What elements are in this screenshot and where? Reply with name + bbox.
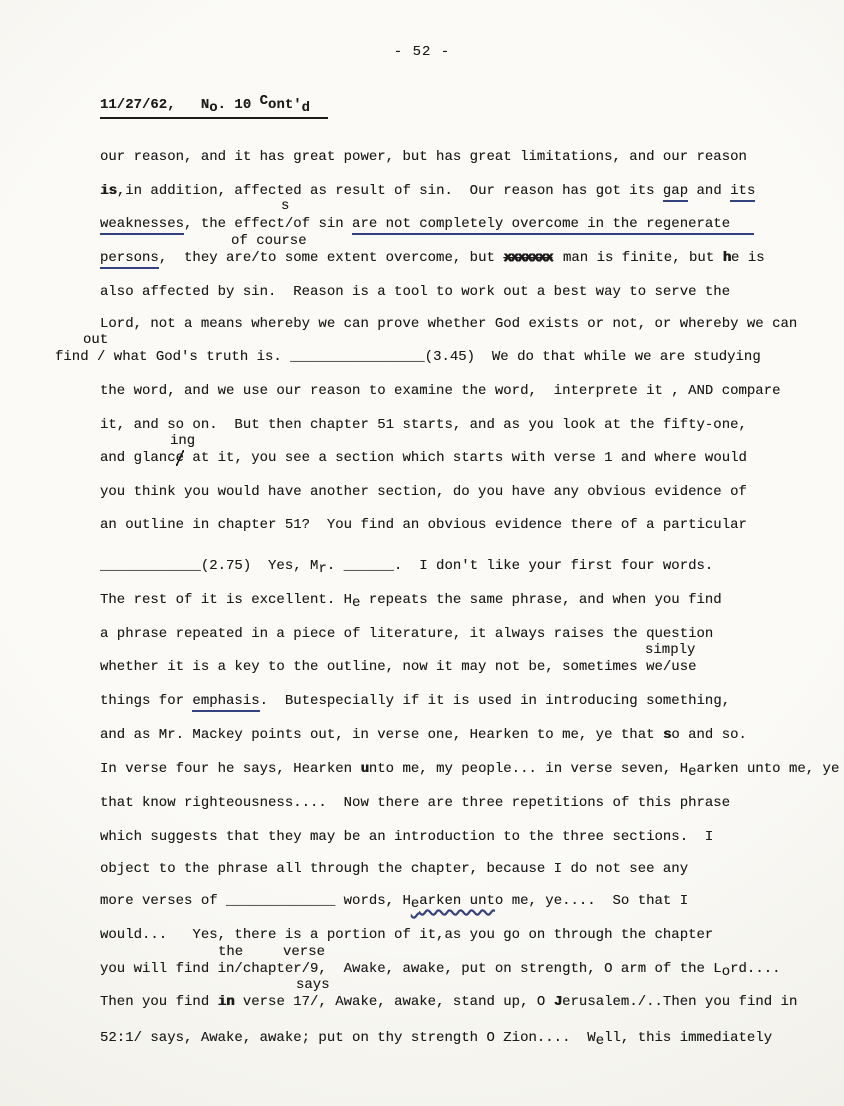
text-line: the word, and we use our reason to exami…: [100, 382, 781, 400]
text-segment: more verses of _____________ words, H: [100, 893, 411, 909]
text-line: which suggests that they may be an intro…: [100, 828, 713, 846]
text-line: that know righteousness.... Now there ar…: [100, 794, 730, 812]
text-segment: and as Mr. Mackey points out, in verse o…: [100, 727, 663, 743]
text-segment: e: [596, 1033, 604, 1049]
text-segment: C: [260, 93, 268, 109]
pen-underlined-text: its: [730, 183, 755, 202]
text-segment: (3.45) We do that while we are studying: [425, 349, 761, 365]
text-segment: o and so.: [671, 727, 747, 743]
text-line: would... Yes, there is a portion of it,a…: [100, 926, 713, 944]
pen-underlined-text: persons: [100, 250, 159, 269]
text-segment: object to the phrase all through the cha…: [100, 861, 688, 877]
text-segment: things for: [100, 693, 192, 709]
text-segment: In verse four he says, Hearken: [100, 761, 360, 777]
typed-insertion: verse: [283, 944, 325, 960]
text-segment: Then you find: [100, 994, 218, 1010]
text-segment: in: [218, 994, 235, 1010]
text-segment: rd....: [730, 961, 780, 977]
text-line: a phrase repeated in a piece of literatu…: [100, 625, 713, 643]
text-segment: erusalem./..Then you find in: [562, 994, 797, 1010]
text-segment: . ______. I don't like your first four w…: [327, 558, 713, 574]
text-segment: e: [411, 896, 419, 912]
text-segment: ll, this immediately: [604, 1030, 772, 1046]
text-segment: , they are/to some extent overcome, but: [159, 250, 503, 266]
text-line: whether it is a key to the outline, now …: [100, 658, 697, 676]
text-line: weaknesses, the effect/of sin are not co…: [100, 215, 754, 233]
text-line: In verse four he says, Hearken unto me, …: [100, 760, 839, 778]
typed-insertion: out: [83, 332, 108, 348]
text-segment: nto me, my people... in verse seven, H: [369, 761, 688, 777]
text-segment: which suggests that they may be an intro…: [100, 829, 713, 845]
text-segment: e is: [731, 250, 765, 266]
text-segment: and glanc: [100, 450, 176, 466]
text-segment: The rest of it is excellent. H: [100, 592, 352, 608]
text-segment: u: [360, 761, 368, 777]
text-segment: a phrase repeated in a piece of literatu…: [100, 626, 713, 642]
text-segment: , the effect/of sin: [184, 216, 352, 232]
typed-insertion: ing: [170, 433, 195, 449]
text-segment: would... Yes, there is a portion of it,a…: [100, 927, 713, 943]
text-segment: verse 17/, Awake, awake, stand up, O: [234, 994, 553, 1010]
text-line: ____________(2.75) Yes, Mr. ______. I do…: [100, 557, 713, 575]
text-segment: you think you would have another section…: [100, 484, 747, 500]
pen-underlined-text: emphasis: [192, 693, 259, 712]
text-segment: ____________(2.75) Yes, M: [100, 558, 318, 574]
text-line: an outline in chapter 51? You find an ob…: [100, 516, 747, 534]
text-line: things for emphasis. Butespecially if it…: [100, 692, 730, 710]
text-segment: and: [688, 183, 730, 199]
text-segment: man is finite, but: [555, 250, 723, 266]
pen-underlined-text: gap: [663, 183, 688, 202]
text-segment: o me, ye.... So that I: [495, 893, 688, 909]
text-segment: ________________: [290, 349, 424, 365]
text-segment: the word, and we use our reason to exami…: [100, 383, 781, 399]
text-segment: it, and so on. But then chapter 51 start…: [100, 417, 747, 433]
text-line: Lord, not a means whereby we can prove w…: [100, 315, 797, 333]
text-segment: arken unt: [419, 893, 495, 909]
text-segment: o: [209, 100, 217, 116]
text-line: and as Mr. Mackey points out, in verse o…: [100, 726, 747, 744]
text-segment: whether it is a key to the outline, now …: [100, 659, 697, 675]
text-line: find / what God's truth is. ____________…: [55, 348, 761, 366]
text-segment: e: [688, 764, 696, 780]
text-segment: r: [318, 561, 326, 577]
document-page: - 52 - 11/27/62, No. 10 Cont'd our reaso…: [0, 0, 844, 1106]
text-segment: ,in addition, affected as result of sin.…: [117, 183, 663, 199]
text-segment: is: [100, 183, 117, 199]
section-heading: 11/27/62, No. 10 Cont'd: [100, 96, 328, 119]
typed-insertion: says: [296, 977, 330, 993]
text-segment: arken unto me, ye: [697, 761, 840, 777]
text-line: it, and so on. But then chapter 51 start…: [100, 416, 747, 434]
text-segment: also affected by sin. Reason is a tool t…: [100, 284, 730, 300]
pen-underlined-text: are not completely overcome in the regen…: [352, 216, 754, 235]
text-line: is,in addition, affected as result of si…: [100, 182, 755, 200]
text-line: you will find in/chapter/9, Awake, awake…: [100, 960, 781, 978]
text-segment: . Butespecially if it is used in introdu…: [260, 693, 730, 709]
page-number: - 52 -: [0, 44, 844, 60]
text-line: 52:1/ says, Awake, awake; put on thy str…: [100, 1029, 772, 1047]
text-segment: h: [723, 250, 731, 266]
text-line: also affected by sin. Reason is a tool t…: [100, 283, 730, 301]
text-segment: d: [302, 100, 310, 116]
text-line: and glance at it, you see a section whic…: [100, 449, 747, 467]
text-segment: 11/27/62, N: [100, 97, 209, 113]
text-line: you think you would have another section…: [100, 483, 747, 501]
text-segment: you will find in/chapter/9, Awake, awake…: [100, 961, 722, 977]
text-segment: Lord, not a means whereby we can prove w…: [100, 316, 797, 332]
text-segment: an outline in chapter 51? You find an ob…: [100, 517, 747, 533]
text-segment: repeats the same phrase, and when you fi…: [360, 592, 721, 608]
text-line: our reason, and it has great power, but …: [100, 148, 747, 166]
text-segment: e: [176, 450, 184, 466]
text-segment: 52:1/ says, Awake, awake; put on thy str…: [100, 1030, 596, 1046]
text-segment: that know righteousness.... Now there ar…: [100, 795, 730, 811]
typed-insertion: of course: [231, 233, 307, 249]
text-line: persons, they are/to some extent overcom…: [100, 249, 765, 267]
text-segment: e: [352, 595, 360, 611]
typed-insertion: simply: [645, 642, 695, 658]
struck-out-word: xxxxxxx: [503, 250, 554, 266]
pen-underlined-text: weaknesses: [100, 216, 184, 235]
text-line: object to the phrase all through the cha…: [100, 860, 688, 878]
text-segment: ont': [268, 97, 302, 113]
text-line: Then you find in verse 17/, Awake, awake…: [100, 993, 797, 1011]
text-segment: J: [554, 994, 562, 1010]
text-segment: at it, you see a section which starts wi…: [184, 450, 747, 466]
typed-insertion: s: [281, 198, 289, 214]
text-line: more verses of _____________ words, Hear…: [100, 892, 688, 910]
text-segment: o: [722, 964, 730, 980]
text-line: The rest of it is excellent. He repeats …: [100, 591, 722, 609]
typed-insertion: the: [218, 944, 243, 960]
text-segment: . 10: [218, 97, 260, 113]
text-segment: our reason, and it has great power, but …: [100, 149, 747, 165]
text-segment: find / what God's truth is.: [55, 349, 290, 365]
